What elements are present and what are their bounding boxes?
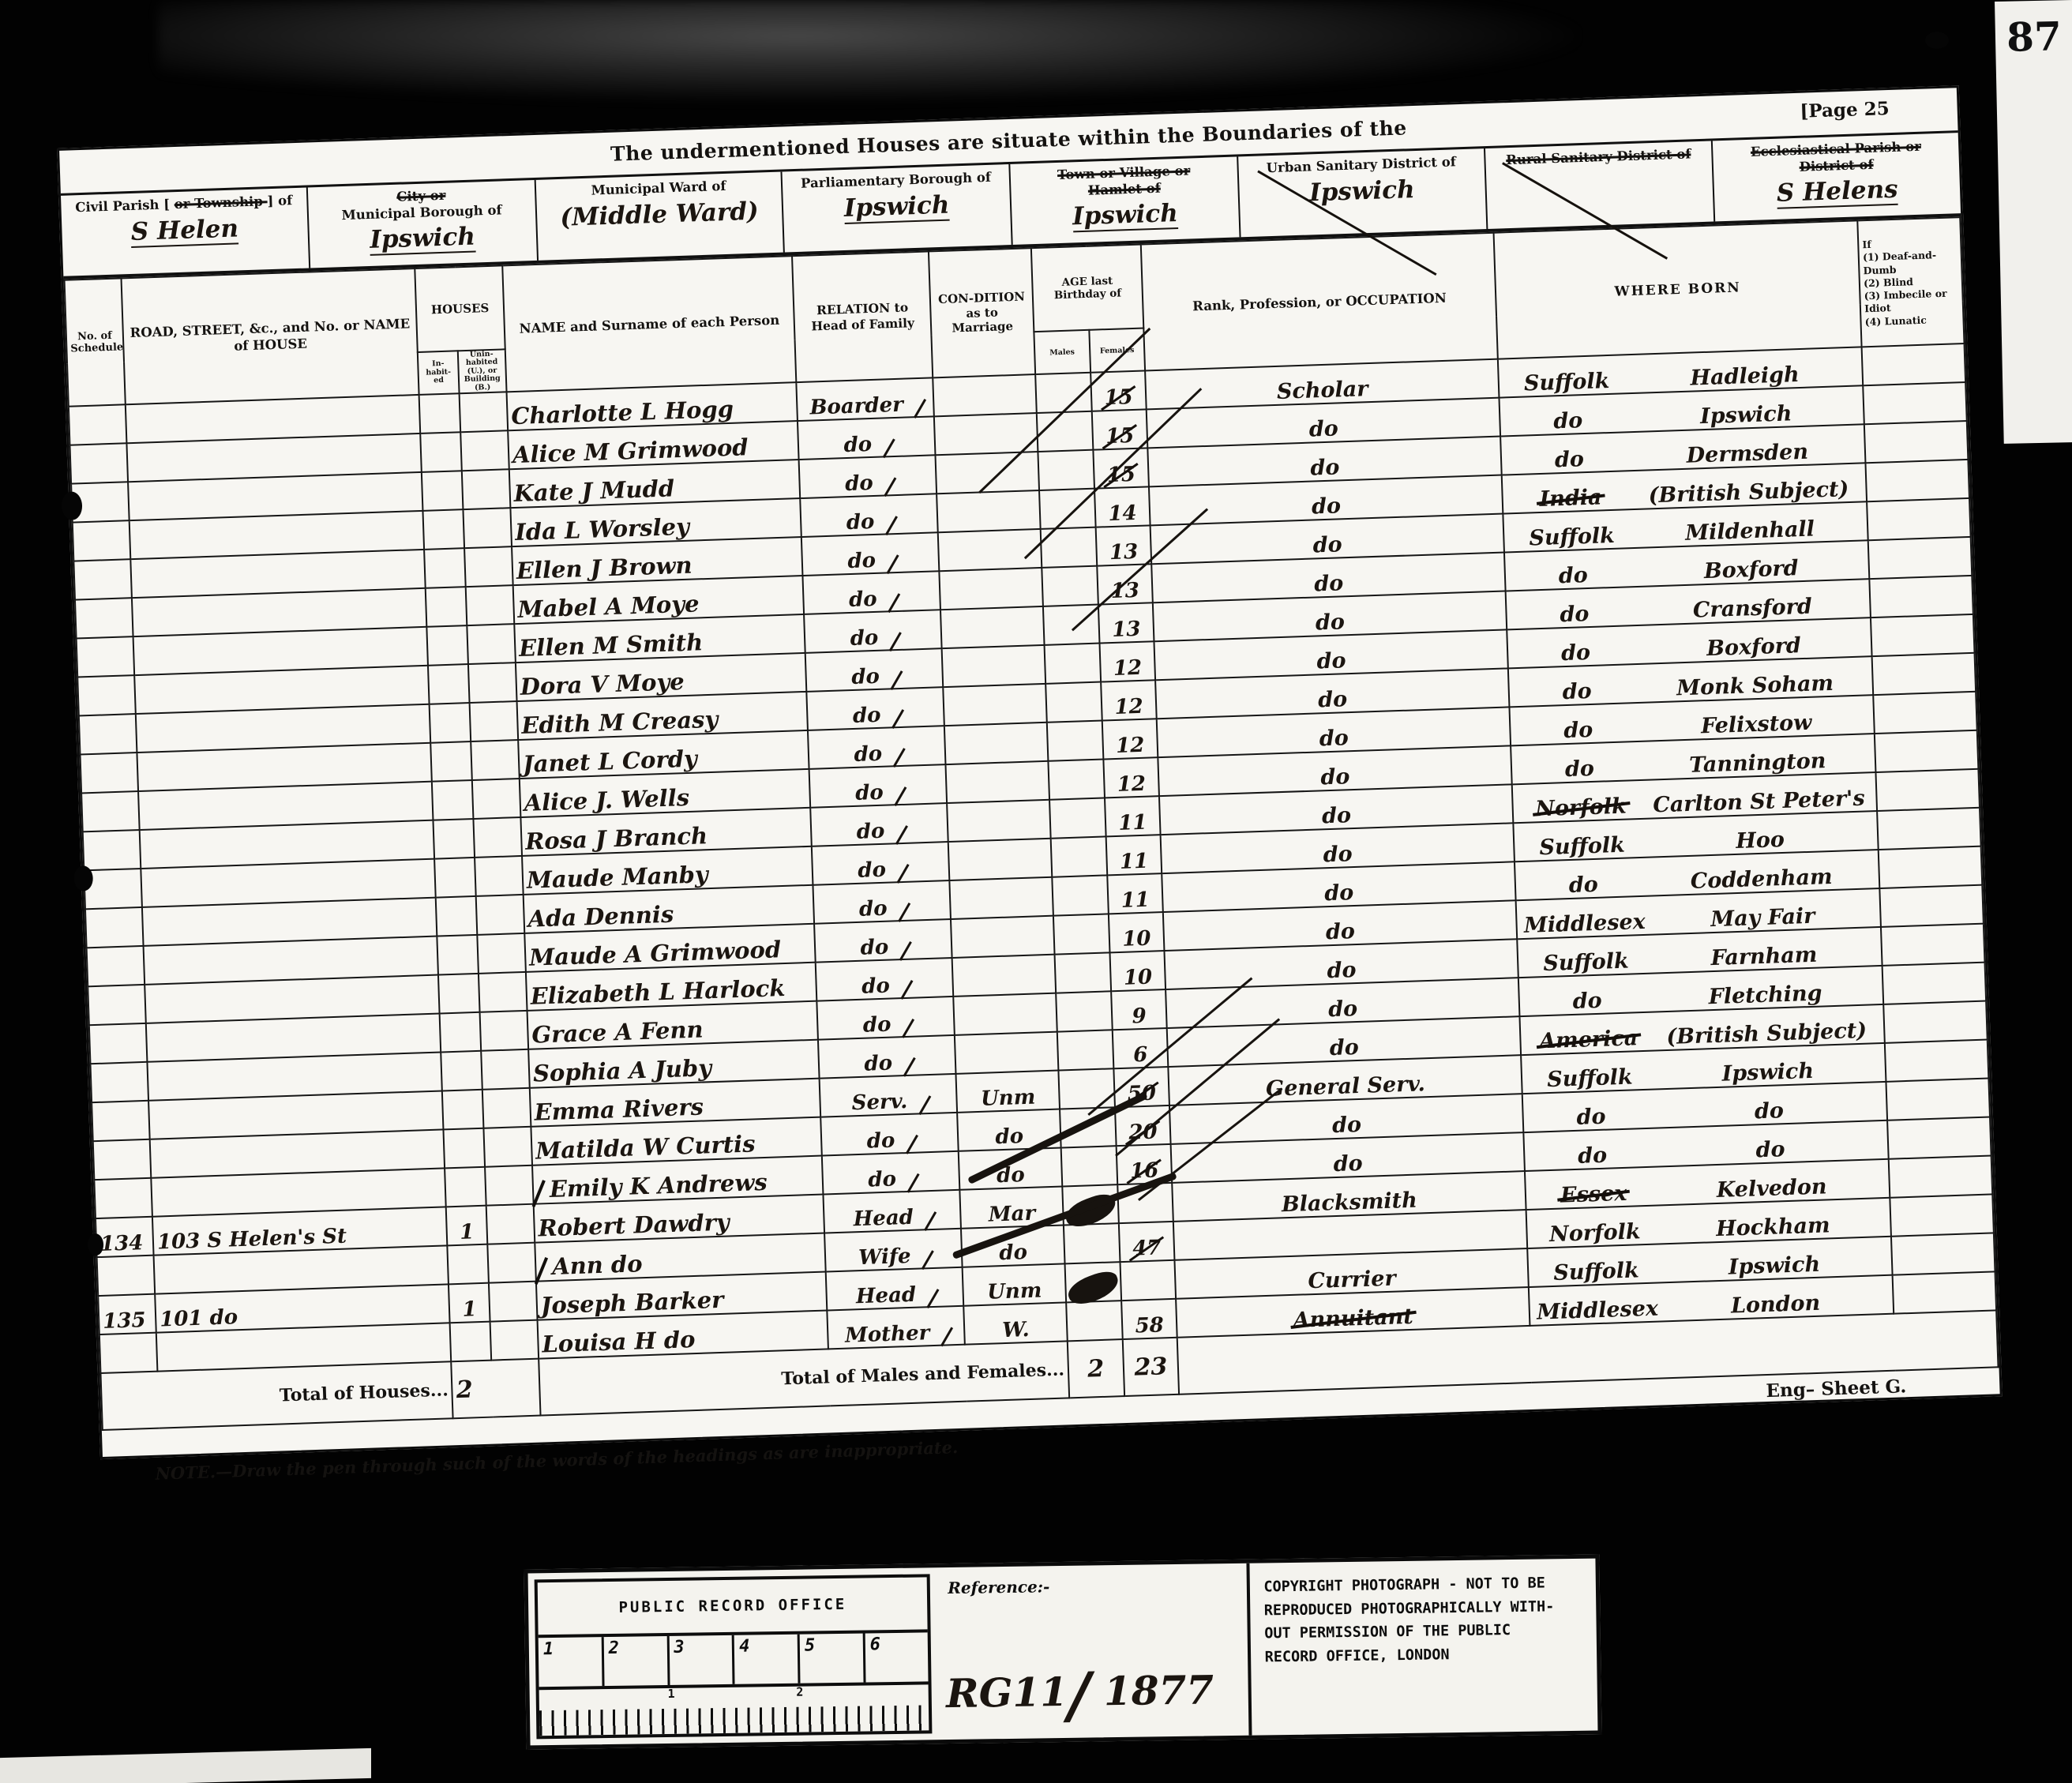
district-value-text: Ipswich <box>370 223 476 256</box>
district-label-part: Municipal Ward of <box>591 178 726 198</box>
district-label: Ecclesiastical Parish or District of <box>1751 139 1922 177</box>
age-female-value: 16 <box>1130 1159 1159 1184</box>
cell-uninhabited <box>475 895 524 935</box>
district-value-text: S Helens <box>1776 175 1898 209</box>
cell-age-male <box>1045 682 1102 723</box>
cell-age-female: 47 <box>1119 1222 1175 1262</box>
cell-schedule <box>97 1256 156 1296</box>
person-name: Grace A Fenn <box>531 1016 704 1049</box>
born-county: America <box>1524 1026 1653 1054</box>
district-value-text: Ipswich <box>1072 199 1179 232</box>
born-county-value: do <box>1554 447 1584 472</box>
pen-tick <box>927 1289 940 1308</box>
cell-uninhabited <box>463 508 512 548</box>
cell-age-male: 67 <box>1062 1184 1118 1225</box>
reference-value: RG11/ 1877 <box>946 1657 1214 1733</box>
col-header-inhabited: In-habit-ed <box>418 351 459 395</box>
occupation-value: Annuitant <box>1293 1304 1413 1333</box>
age-female-value: 6 <box>1133 1043 1148 1068</box>
cell-infirmity <box>1890 1195 1994 1237</box>
born-county-value: Essex <box>1560 1181 1627 1208</box>
relation-value: Wife <box>858 1244 911 1270</box>
pen-tick <box>940 1327 953 1347</box>
cell-relation: Head <box>826 1267 963 1311</box>
born-county: Middlesex <box>1533 1297 1661 1325</box>
cell-inhabited <box>437 935 479 975</box>
cell-infirmity <box>1887 1117 1991 1159</box>
col-header-females: Females <box>1089 328 1145 372</box>
total-males-number: 2 <box>1087 1355 1105 1383</box>
age-female-value: 10 <box>1123 966 1152 990</box>
ruler-number: 3 <box>669 1635 735 1685</box>
relation-value: do <box>860 936 889 960</box>
ruler-number: 2 <box>603 1636 670 1686</box>
cell-infirmity <box>1863 382 1966 424</box>
district-value: Ipswich <box>843 190 950 222</box>
born-county: do <box>1505 445 1634 474</box>
cell-inhabited <box>440 1012 481 1053</box>
born-county: do <box>1519 871 1648 899</box>
pen-tick <box>914 399 926 419</box>
cell-schedule <box>88 985 146 1025</box>
cell-inhabited <box>441 1051 482 1091</box>
pen-tick <box>893 748 906 768</box>
total-houses-label: Total of Houses... <box>100 1361 452 1430</box>
cell-condition: Mar <box>960 1187 1064 1229</box>
cell-age-female <box>1120 1260 1176 1301</box>
cell-relation: Head <box>824 1190 961 1233</box>
district-rural-sanitary-district: Rural Sanitary District of <box>1485 141 1715 229</box>
age-female-value: 13 <box>1110 579 1139 603</box>
occupation-value: do <box>1328 997 1358 1022</box>
cell-condition <box>944 723 1048 764</box>
cell-condition <box>940 568 1043 610</box>
pro-ruler-ticks: 12 <box>539 1684 929 1736</box>
cell-condition <box>936 452 1039 494</box>
census-form-page: The undermentioned Houses are situate wi… <box>57 85 2003 1459</box>
born-county-value: do <box>1568 873 1598 898</box>
cell-infirmity <box>1875 730 1978 772</box>
pen-tick <box>887 554 899 574</box>
pen-tick <box>894 786 906 806</box>
cell-relation: do <box>818 1035 955 1079</box>
relation-value: do <box>862 1013 891 1038</box>
born-county: Suffolk <box>1532 1258 1661 1286</box>
cell-uninhabited <box>459 392 508 432</box>
relation-value: do <box>845 471 874 496</box>
born-place-value: Mildenhall <box>1685 517 1815 546</box>
schedule-number: 134 <box>100 1231 144 1256</box>
cell-condition <box>937 490 1040 532</box>
col-header-occupation: Rank, Profession, or OCCUPATION <box>1141 233 1498 371</box>
born-county: do <box>1509 561 1638 590</box>
cell-infirmity <box>1868 537 1972 579</box>
occupation-value: do <box>1308 417 1338 442</box>
district-label-part: City or <box>396 188 446 205</box>
cell-condition <box>946 761 1049 803</box>
born-county: Essex <box>1530 1181 1658 1209</box>
born-place-value: Ipswich <box>1721 1059 1814 1087</box>
cell-infirmity <box>1893 1272 1996 1314</box>
cell-schedule: 134 <box>96 1217 154 1257</box>
born-place-value: Ipswich <box>1728 1252 1820 1280</box>
cell-relation: do <box>811 803 948 846</box>
cell-infirmity <box>1873 692 1976 734</box>
cell-age-female: 13 <box>1098 602 1154 643</box>
born-county-value: do <box>1562 679 1592 704</box>
born-county-value: do <box>1572 989 1602 1014</box>
relation-value: Mother <box>845 1321 930 1348</box>
person-name: Louisa H do <box>542 1326 696 1357</box>
cell-age-female: 16 <box>1116 1144 1172 1184</box>
cell-infirmity <box>1891 1233 1995 1275</box>
cell-relation: Mother <box>828 1306 965 1349</box>
cell-inhabited: 1 <box>449 1283 490 1323</box>
cell-infirmity <box>1877 808 1980 850</box>
pro-stamp: PUBLIC RECORD OFFICE 123456 12 Reference… <box>524 1555 1601 1750</box>
district-label: Municipal Ward of <box>591 178 726 199</box>
cell-inhabited <box>434 858 475 898</box>
cell-uninhabited <box>477 933 526 974</box>
age-female-value: 12 <box>1113 656 1142 681</box>
district-value: Ipswich <box>370 223 476 254</box>
cell-inhabited <box>438 974 479 1014</box>
cell-age-female: 11 <box>1105 835 1162 875</box>
relation-value: do <box>843 433 873 457</box>
born-county-value: Suffolk <box>1543 949 1629 977</box>
born-place-value: Cransford <box>1692 595 1812 623</box>
cell-schedule <box>99 1333 158 1373</box>
district-urban-sanitary-district: Urban Sanitary District of Ipswich <box>1238 148 1488 237</box>
occupation-value: do <box>1320 764 1350 790</box>
relation-value: do <box>866 1129 895 1154</box>
born-county: do <box>1512 678 1641 706</box>
schedule-number: 135 <box>103 1308 146 1334</box>
occupation-value: do <box>1326 919 1356 944</box>
district-civil-parish: Civil Parish [ or Township ] of S Helen <box>61 187 310 276</box>
born-county-value: Suffolk <box>1547 1065 1633 1093</box>
cell-inhabited <box>436 896 477 937</box>
born-county-value: do <box>1563 718 1593 743</box>
cell-age-female: 14 <box>1094 487 1150 527</box>
born-county-value: Suffolk <box>1553 1259 1639 1286</box>
born-place-value: Hockham <box>1716 1213 1830 1241</box>
born-county: Suffolk <box>1507 523 1636 551</box>
born-place-value: London <box>1731 1291 1821 1319</box>
cell-schedule <box>90 1062 148 1102</box>
cell-schedule <box>69 404 127 445</box>
cell-age-male <box>1051 837 1107 877</box>
cell-uninhabited <box>489 1282 538 1322</box>
cell-age-female: 12 <box>1102 719 1158 759</box>
born-county-value: do <box>1558 563 1588 588</box>
col-header-road: ROAD, STREET, &c., and No. or NAME of HO… <box>122 268 419 404</box>
age-female-value: 12 <box>1117 772 1146 797</box>
cell-age-male <box>1038 450 1094 490</box>
cell-uninhabited <box>462 469 511 509</box>
cell-age-female: 6 <box>1112 1028 1168 1068</box>
cell-infirmity <box>1864 421 1968 463</box>
cell-uninhabited <box>487 1243 536 1283</box>
occupation-value: do <box>1324 880 1354 906</box>
born-county: do <box>1526 1103 1655 1132</box>
cell-condition <box>947 800 1050 842</box>
reference-suffix: 1877 <box>1104 1666 1214 1714</box>
cell-schedule <box>84 869 142 909</box>
age-male-value: 21 <box>1074 1277 1113 1302</box>
age-male-value: 67 <box>1072 1199 1110 1225</box>
cell-relation: do <box>805 648 943 692</box>
pen-tick <box>906 1135 918 1154</box>
district-label-part: Hamlet of <box>1088 180 1162 197</box>
cell-infirmity <box>1862 343 1965 385</box>
cell-condition <box>955 1032 1058 1074</box>
pen-tick <box>888 593 900 613</box>
born-county-value: America <box>1539 1026 1638 1053</box>
district-label: Urban Sanitary District of <box>1266 154 1456 177</box>
cell-infirmity <box>1867 498 1970 540</box>
born-place-value: Monk Soham <box>1676 671 1834 701</box>
cell-condition: do <box>961 1226 1064 1267</box>
relation-value: Serv. <box>851 1090 908 1115</box>
cell-age-female: 9 <box>1111 989 1167 1030</box>
born-county: do <box>1522 987 1651 1015</box>
occupation-value: do <box>1323 842 1353 867</box>
born-place-value: Hadleigh <box>1690 362 1800 391</box>
district-label: Parliamentary Borough of <box>801 170 991 193</box>
age-female-value: 9 <box>1132 1004 1147 1029</box>
cell-age-female: 12 <box>1099 641 1155 681</box>
district-value: Ipswich <box>1072 199 1179 231</box>
cell-relation: do <box>799 456 937 499</box>
ruler-number: 4 <box>734 1635 801 1684</box>
cell-schedule <box>75 598 133 638</box>
age-female-value: 12 <box>1116 734 1145 758</box>
cell-age-male <box>1058 1068 1114 1109</box>
cell-age-male <box>1039 489 1095 529</box>
corner-page-number: 87 <box>1995 13 2072 61</box>
cell-condition <box>948 839 1052 880</box>
cell-condition <box>933 374 1037 416</box>
born-place-value: Ipswich <box>1700 402 1792 430</box>
road-name: 101 do <box>160 1305 238 1331</box>
cell-condition <box>944 684 1047 726</box>
cell-uninhabited <box>482 1088 531 1128</box>
born-county: India <box>1506 484 1635 512</box>
relation-value: do <box>859 897 888 922</box>
relation-value: do <box>846 510 875 535</box>
occupation-value: do <box>1316 648 1346 674</box>
cell-relation: do <box>801 532 939 576</box>
person-name: Emma Rivers <box>534 1094 704 1126</box>
cell-relation: do <box>807 687 944 730</box>
district-label-part: or Township <box>174 193 267 212</box>
relation-value: do <box>856 820 885 844</box>
cell-schedule <box>77 675 136 715</box>
born-place-value: do <box>1755 1098 1785 1124</box>
pen-tick <box>890 670 903 690</box>
cell-infirmity <box>1880 885 1984 927</box>
cell-inhabited <box>422 471 463 511</box>
age-female-value: 50 <box>1127 1082 1156 1106</box>
pen-tick <box>889 632 902 651</box>
cell-relation: do <box>798 417 935 460</box>
cell-infirmity <box>1871 614 1974 656</box>
cell-age-male <box>1043 605 1099 645</box>
cell-relation: do <box>812 842 949 885</box>
age-female-value: 58 <box>1135 1314 1164 1338</box>
district-label-part: Municipal Borough of <box>341 202 502 223</box>
cell-infirmity <box>1886 1079 1990 1120</box>
cell-age-female: 10 <box>1109 951 1165 991</box>
col-header-infirmity: If (1) Deaf-and-Dumb (2) Blind (3) Imbec… <box>1858 217 1965 347</box>
cell-condition <box>952 955 1056 997</box>
cell-uninhabited <box>473 817 522 858</box>
relation-value: do <box>849 587 878 612</box>
born-county-value: India <box>1539 486 1602 512</box>
district-value: S Helen <box>130 214 238 246</box>
cell-uninhabited <box>467 624 516 664</box>
district-label-part: Ecclesiastical Parish or <box>1751 139 1921 160</box>
pen-tick <box>895 825 908 845</box>
cell-age-male <box>1047 721 1103 761</box>
cell-uninhabited <box>468 663 517 703</box>
relation-value: do <box>854 742 883 767</box>
cell-uninhabited <box>483 1127 532 1167</box>
photo-blur <box>158 0 1579 103</box>
pen-tick <box>884 478 896 497</box>
col-header-age: AGE last Birthday of <box>1031 245 1144 332</box>
cell-relation: do <box>804 610 941 653</box>
occupation-value: do <box>1329 1035 1359 1060</box>
cell-inhabited <box>427 625 468 666</box>
cell-condition: W. <box>963 1303 1067 1345</box>
born-county-value: do <box>1576 1105 1606 1130</box>
cell-schedule <box>89 1023 148 1064</box>
occupation-value: do <box>1312 494 1342 520</box>
copyright-notice: COPYRIGHT PHOTOGRAPH - NOT TO BEREPRODUC… <box>1249 1559 1597 1736</box>
cell-inhabited <box>426 587 467 627</box>
relation-value: do <box>864 1052 893 1076</box>
col-header-houses: HOUSES <box>415 265 505 352</box>
born-county: do <box>1511 639 1640 667</box>
cell-infirmity <box>1879 846 1982 888</box>
cell-inhabited <box>419 393 460 434</box>
condition-value: do <box>997 1163 1026 1188</box>
relation-value: do <box>847 549 876 573</box>
district-label-part: Parliamentary Borough of <box>801 170 991 191</box>
cell-inhabited <box>424 548 465 588</box>
occupation-value: do <box>1332 1113 1362 1138</box>
cell-relation: do <box>809 764 947 808</box>
district-municipal-borough: City or Municipal Borough of Ipswich <box>308 180 539 268</box>
cell-infirmity <box>1882 963 1986 1004</box>
cell-condition <box>942 645 1045 687</box>
inhabited-mark: 1 <box>462 1297 477 1322</box>
cell-age-female: 15 <box>1090 371 1147 411</box>
cell-age-male <box>1055 953 1111 993</box>
total-houses-value: 2 <box>452 1359 541 1419</box>
pro-ruler-numbers: 123456 <box>539 1632 929 1690</box>
adjacent-page-corner: 87 <box>1995 0 2072 444</box>
cell-age-male <box>1048 760 1104 800</box>
pen-tick <box>883 439 895 459</box>
col-header-males: Males <box>1034 330 1090 374</box>
cell-uninhabited <box>485 1166 534 1206</box>
copyright-line: RECORD OFFICE, LONDON <box>1264 1641 1589 1669</box>
district-label-part: District of <box>1799 156 1874 174</box>
condition-value: do <box>999 1241 1028 1265</box>
cell-age-male: 21 <box>1065 1262 1121 1302</box>
occupation-value: do <box>1316 610 1346 635</box>
age-female-value: 13 <box>1112 617 1141 642</box>
born-place-value: May Fair <box>1710 904 1815 932</box>
cell-age-female: 10 <box>1109 912 1165 952</box>
born-county-value: Middlesex <box>1523 910 1646 938</box>
pen-tick <box>891 709 904 729</box>
born-county-value: do <box>1578 1143 1608 1169</box>
page-label: [Page 25 <box>1800 98 1890 122</box>
cell-inhabited <box>445 1167 486 1207</box>
occupation-value: do <box>1312 533 1342 558</box>
cell-inhabited: 1 <box>446 1206 487 1246</box>
relation-value: do <box>858 858 887 883</box>
cell-schedule <box>94 1178 152 1218</box>
footnote: NOTE.—Draw the pen through such of the w… <box>155 1437 958 1484</box>
cell-schedule: 135 <box>98 1294 156 1334</box>
pen-tick <box>897 864 910 884</box>
cell-age-female: 13 <box>1097 565 1153 605</box>
born-place-value: Kelvedon <box>1716 1175 1827 1203</box>
cell-uninhabited <box>465 585 514 625</box>
cell-condition <box>954 993 1057 1035</box>
cell-age-female: 13 <box>1095 526 1151 566</box>
cell-relation: do <box>808 726 945 769</box>
cell-inhabited <box>432 780 473 820</box>
cell-uninhabited <box>490 1320 539 1361</box>
person-name: Alice J. Wells <box>524 784 689 816</box>
cell-inhabited <box>434 819 475 859</box>
born-place-value: Tannington <box>1689 749 1826 778</box>
cell-inhabited <box>444 1128 485 1169</box>
ink-dot <box>1925 32 1949 49</box>
copyright-line: REPRODUCED PHOTOGRAPHICALLY WITH- <box>1264 1594 1589 1622</box>
ruler-number: 5 <box>800 1633 866 1683</box>
cell-age-female: 12 <box>1101 680 1157 720</box>
born-county-value: do <box>1560 602 1590 627</box>
cell-inhabited <box>428 664 469 704</box>
condition-value: Unm <box>987 1279 1042 1304</box>
cell-uninhabited <box>475 856 524 896</box>
born-place-value: Boxford <box>1703 556 1799 584</box>
born-county: Suffolk <box>1522 948 1650 977</box>
born-county: Norfolk <box>1530 1219 1659 1248</box>
cell-schedule <box>93 1139 152 1180</box>
cell-schedule <box>92 1101 150 1141</box>
born-county: do <box>1528 1142 1657 1170</box>
cell-uninhabited <box>471 740 520 780</box>
district-ecclesiastical-parish: Ecclesiastical Parish or District of S H… <box>1713 133 1961 221</box>
cell-age-female: 58 <box>1121 1299 1177 1339</box>
pen-tick <box>903 1057 916 1077</box>
cell-relation: do <box>813 880 951 924</box>
age-female-value: 15 <box>1104 385 1133 410</box>
pen-tick <box>918 1095 931 1115</box>
age-female-value: 13 <box>1109 540 1139 565</box>
col-header-relation: RELATION to Head of Family <box>792 251 933 382</box>
age-female-value: 11 <box>1120 850 1149 874</box>
cell-age-male <box>1066 1301 1122 1341</box>
